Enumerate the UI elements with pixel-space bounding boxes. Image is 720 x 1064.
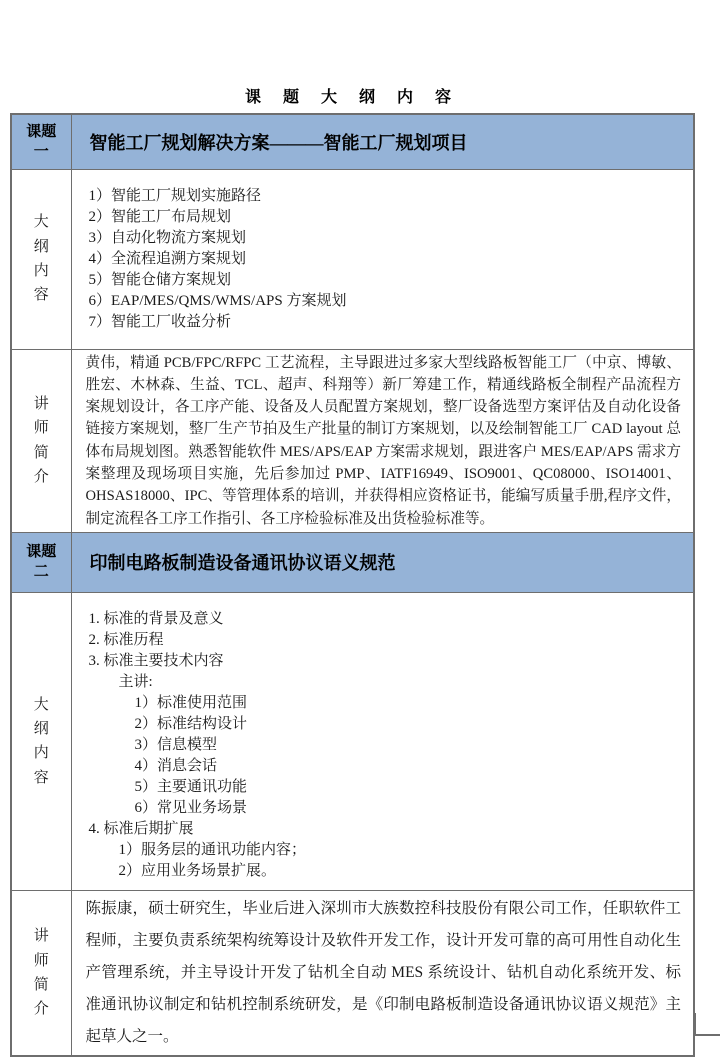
topic2-label-cell: 课题二: [11, 532, 71, 592]
outline-item: 1）服务层的通讯功能内容；: [89, 840, 684, 861]
outline-item: 2）应用业务场景扩展。: [89, 861, 684, 882]
outline-item: 4. 标准后期扩展: [89, 819, 684, 840]
outline-item: 2. 标准历程: [89, 630, 684, 651]
outline-item: 1. 标准的背景及意义: [89, 609, 684, 630]
topic2-lecturer-content: 陈振康，硕士研究生，毕业后进入深圳市大族数控科技股份有限公司工作，任职软件工程师…: [71, 890, 694, 1056]
topic2-outline-content: 1. 标准的背景及意义 2. 标准历程 3. 标准主要技术内容 主讲: 1）标准…: [71, 592, 694, 890]
page-title: 课 题 大 纲 内 容: [10, 84, 695, 107]
topic1-header-row: 课题一 智能工厂规划解决方案———智能工厂规划项目: [11, 114, 694, 169]
outline-item: 6）常见业务场景: [89, 798, 684, 819]
topic1-lecturer-label-cell: 讲师简介: [11, 349, 71, 532]
outline-item: 3. 标准主要技术内容: [89, 651, 684, 672]
outline-label: 大纲内容: [33, 693, 50, 790]
outline-item: 5）智能仓储方案规划: [89, 270, 684, 291]
lecturer-label: 讲师简介: [33, 924, 50, 1021]
topic2-lecturer-label-cell: 讲师简介: [11, 890, 71, 1056]
page-edge-artifact-vertical-line: [694, 1013, 696, 1036]
outline-item: 5）主要通讯功能: [89, 777, 684, 798]
outline-item: 主讲:: [89, 672, 684, 693]
outline-item: 1）标准使用范围: [89, 693, 684, 714]
topic1-lecturer-row: 讲师简介 黄伟，精通 PCB/FPC/RFPC 工艺流程，主导跟进过多家大型线路…: [11, 349, 694, 532]
outline-item: 4）消息会话: [89, 756, 684, 777]
topic1-outline-row: 大纲内容 1）智能工厂规划实施路径 2）智能工厂布局规划 3）自动化物流方案规划…: [11, 169, 694, 349]
topic2-header-row: 课题二 印制电路板制造设备通讯协议语义规范: [11, 532, 694, 592]
lecturer-label: 讲师简介: [33, 392, 50, 489]
topic1-label-cell: 课题一: [11, 114, 71, 169]
outline-label: 大纲内容: [33, 210, 50, 307]
topic1-outline-content: 1）智能工厂规划实施路径 2）智能工厂布局规划 3）自动化物流方案规划 4）全流…: [71, 169, 694, 349]
outline-item: 6）EAP/MES/QMS/WMS/APS 方案规划: [89, 291, 684, 312]
page-edge-artifact-horizontal-line: [694, 1034, 720, 1036]
outline-item: 2）智能工厂布局规划: [89, 207, 684, 228]
topic2-lecturer-row: 讲师简介 陈振康，硕士研究生，毕业后进入深圳市大族数控科技股份有限公司工作，任职…: [11, 890, 694, 1056]
topic1-label: 课题一: [24, 122, 59, 163]
outline-item: 7）智能工厂收益分析: [89, 312, 684, 333]
course-outline-table: 课题一 智能工厂规划解决方案———智能工厂规划项目 大纲内容 1）智能工厂规划实…: [10, 113, 695, 1057]
topic1-title: 智能工厂规划解决方案———智能工厂规划项目: [71, 114, 694, 169]
topic1-outline-label-cell: 大纲内容: [11, 169, 71, 349]
topic2-outline-label-cell: 大纲内容: [11, 592, 71, 890]
topic2-title: 印制电路板制造设备通讯协议语义规范: [71, 532, 694, 592]
lecturer-intro-text: 黄伟，精通 PCB/FPC/RFPC 工艺流程，主导跟进过多家大型线路板智能工厂…: [86, 352, 682, 530]
document-page: 课 题 大 纲 内 容 课题一 智能工厂规划解决方案———智能工厂规划项目 大纲…: [0, 0, 720, 1064]
topic1-lecturer-content: 黄伟，精通 PCB/FPC/RFPC 工艺流程，主导跟进过多家大型线路板智能工厂…: [71, 349, 694, 532]
outline-item: 3）自动化物流方案规划: [89, 228, 684, 249]
outline-item: 3）信息模型: [89, 735, 684, 756]
lecturer-intro-text: 陈振康，硕士研究生，毕业后进入深圳市大族数控科技股份有限公司工作，任职软件工程师…: [86, 893, 682, 1053]
topic2-label: 课题二: [24, 542, 59, 583]
outline-item: 2）标准结构设计: [89, 714, 684, 735]
outline-item: 1）智能工厂规划实施路径: [89, 186, 684, 207]
outline-item: 4）全流程追溯方案规划: [89, 249, 684, 270]
topic2-outline-row: 大纲内容 1. 标准的背景及意义 2. 标准历程 3. 标准主要技术内容 主讲:…: [11, 592, 694, 890]
